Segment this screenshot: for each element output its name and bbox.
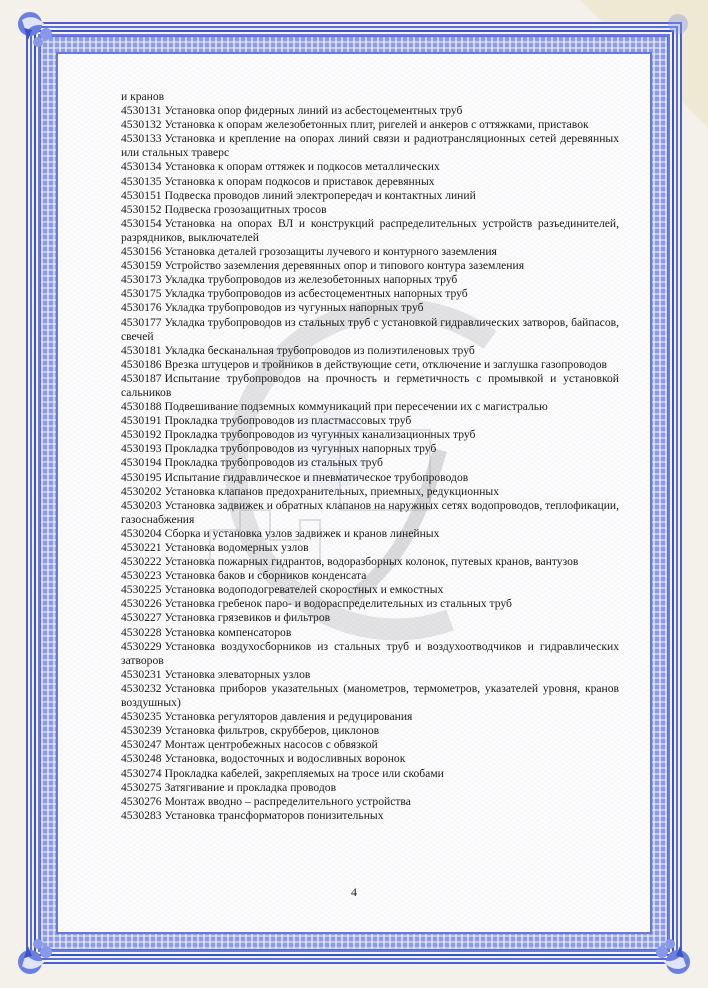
list-item: 4530177Укладка трубопроводов из стальных…: [121, 316, 619, 344]
activity-description: Подвешивание подземных коммуникаций при …: [165, 400, 548, 413]
activity-description: Установка водомерных узлов: [165, 541, 309, 554]
list-item: 4530195Испытание гидравлическое и пневма…: [121, 471, 619, 485]
entries-container: 4530131Установка опор фидерных линий из …: [121, 104, 619, 823]
list-item: 4530159Устройство заземления деревянных …: [121, 259, 619, 273]
list-item: 4530226Установка гребенок паро- и водора…: [121, 597, 619, 611]
activity-description: Установка водоподогревателей скоростных …: [165, 583, 444, 596]
list-item: 4530231Установка элеваторных узлов: [121, 668, 619, 682]
list-item: 4530247Монтаж центробежных насосов с обв…: [121, 738, 619, 752]
activity-description: Установка баков и сборников конденсата: [165, 569, 367, 582]
list-item: 4530204Сборка и установка узлов задвижек…: [121, 527, 619, 541]
list-item: 4530187Испытание трубопроводов на прочно…: [121, 372, 619, 400]
list-item: 4530193Прокладка трубопроводов из чугунн…: [121, 442, 619, 456]
activity-code: 4530223: [121, 569, 162, 582]
activity-code: 4530276: [121, 795, 162, 808]
activity-description: Установка регуляторов давления и редуцир…: [165, 710, 413, 723]
activity-description: Монтаж вводно – распределительного устро…: [165, 795, 411, 808]
list-item: 4530154Установка на опорах ВЛ и конструк…: [121, 217, 619, 245]
activity-description: Установка элеваторных узлов: [165, 668, 311, 681]
activity-code: 4530231: [121, 668, 162, 681]
list-item: 4530274Прокладка кабелей, закрепляемых н…: [121, 767, 619, 781]
activity-description: Установка грязевиков и фильтров: [165, 611, 331, 624]
activity-description: Затягивание и прокладка проводов: [165, 781, 336, 794]
activity-code: 4530222: [121, 555, 162, 568]
activity-code: 4530225: [121, 583, 162, 596]
activity-description: Прокладка кабелей, закрепляемых на тросе…: [165, 767, 444, 780]
activity-code: 4530156: [121, 245, 162, 258]
corner-ornament-icon: [650, 10, 692, 52]
activity-code: 4530152: [121, 203, 162, 216]
activity-description: Прокладка трубопроводов из стальных труб: [165, 456, 383, 469]
activity-description: Монтаж центробежных насосов с обвязкой: [165, 738, 378, 751]
activity-description: Установка клапанов предохранительных, пр…: [165, 485, 499, 498]
activity-code: 4530188: [121, 400, 162, 413]
activity-description: Установка гребенок паро- и водораспредел…: [165, 597, 512, 610]
activity-code: 4530248: [121, 752, 162, 765]
list-item: 4530192Прокладка трубопроводов из чугунн…: [121, 428, 619, 442]
activity-code: 4530221: [121, 541, 162, 554]
list-item: 4530191Прокладка трубопроводов из пластм…: [121, 414, 619, 428]
list-item: 4530181Укладка бесканальная трубопроводо…: [121, 344, 619, 358]
activity-code: 4530203: [121, 499, 162, 512]
list-item: 4530152Подвеска грозозащитных тросов: [121, 203, 619, 217]
list-item: 4530202Установка клапанов предохранитель…: [121, 485, 619, 499]
activity-description: Установка и крепление на опорах линий св…: [121, 132, 619, 159]
page-number: 4: [0, 885, 708, 900]
activity-code: 4530275: [121, 781, 162, 794]
list-item: 4530276Монтаж вводно – распределительног…: [121, 795, 619, 809]
activity-description: Прокладка трубопроводов из чугунных напо…: [165, 442, 437, 455]
list-item: 4530227Установка грязевиков и фильтров: [121, 611, 619, 625]
list-item: 4530228Установка компенсаторов: [121, 626, 619, 640]
list-item: 4530221Установка водомерных узлов: [121, 541, 619, 555]
activity-description: Установка фильтров, скрубберов, циклонов: [165, 724, 380, 737]
list-item: 4530151Подвеска проводов линий электропе…: [121, 189, 619, 203]
activity-code: 4530133: [121, 132, 162, 145]
list-item: 4530203Установка задвижек и обратных кла…: [121, 499, 619, 527]
list-item: 4530173Укладка трубопроводов из железобе…: [121, 273, 619, 287]
list-item: 4530229Установка воздухосборников из ста…: [121, 640, 619, 668]
activity-code: 4530132: [121, 118, 162, 131]
activity-description: Подвеска грозозащитных тросов: [165, 203, 327, 216]
activity-code: 4530154: [121, 217, 162, 230]
activity-code: 4530134: [121, 160, 162, 173]
activity-code: 4530175: [121, 287, 162, 300]
list-item: 4530176Укладка трубопроводов из чугунных…: [121, 301, 619, 315]
list-item: 4530156Установка деталей грозозащиты луч…: [121, 245, 619, 259]
activity-code: 4530181: [121, 344, 162, 357]
list-item: 4530232Установка приборов указательных (…: [121, 682, 619, 710]
activity-code: 4530226: [121, 597, 162, 610]
corner-ornament-icon: [16, 934, 58, 976]
list-item: 4530188Подвешивание подземных коммуникац…: [121, 400, 619, 414]
activity-description: Установка, водосточных и водосливных вор…: [165, 752, 406, 765]
activity-code: 4530193: [121, 442, 162, 455]
activity-code: 4530131: [121, 104, 162, 117]
activity-code: 4530274: [121, 767, 162, 780]
list-item: 4530239Установка фильтров, скрубберов, ц…: [121, 724, 619, 738]
activity-description: Установка на опорах ВЛ и конструкций рас…: [121, 217, 619, 244]
activity-description: Укладка бесканальная трубопроводов из по…: [165, 344, 475, 357]
activity-code: 4530159: [121, 259, 162, 272]
activity-description: Укладка трубопроводов из асбестоцементны…: [165, 287, 468, 300]
activity-code: 4530186: [121, 358, 162, 371]
activity-description: Установка задвижек и обратных клапанов н…: [121, 499, 619, 526]
activity-code: 4530228: [121, 626, 162, 639]
list-item: 4530194Прокладка трубопроводов из стальн…: [121, 456, 619, 470]
list-item: 4530275Затягивание и прокладка проводов: [121, 781, 619, 795]
activity-code: 4530177: [121, 316, 162, 329]
activity-description: Установка опор фидерных линий из асбесто…: [165, 104, 463, 117]
activity-code: 4530191: [121, 414, 162, 427]
activity-description: Прокладка трубопроводов из чугунных кана…: [165, 428, 476, 441]
activity-description: Сборка и установка узлов задвижек и кран…: [165, 527, 440, 540]
activity-code: 4530187: [121, 372, 162, 385]
activity-description: Прокладка трубопроводов из пластмассовых…: [165, 414, 412, 427]
activity-description: Установка к опорам оттяжек и подкосов ме…: [165, 160, 440, 173]
list-item: 4530186Врезка штуцеров и тройников в дей…: [121, 358, 619, 372]
activity-code: 4530204: [121, 527, 162, 540]
activity-description: Установка воздухосборников из стальных т…: [121, 640, 619, 667]
list-item: 4530223Установка баков и сборников конде…: [121, 569, 619, 583]
list-item: 4530225Установка водоподогревателей скор…: [121, 583, 619, 597]
list-item: 4530132Установка к опорам железобетонных…: [121, 118, 619, 132]
activity-code: 4530283: [121, 809, 162, 822]
list-item: 4530135Установка к опорам подкосов и при…: [121, 175, 619, 189]
list-item: 4530175Укладка трубопроводов из асбестоц…: [121, 287, 619, 301]
activity-code: 4530173: [121, 273, 162, 286]
activity-code: 4530135: [121, 175, 162, 188]
activity-description: Установка к опорам железобетонных плит, …: [165, 118, 589, 131]
list-item: 4530131Установка опор фидерных линий из …: [121, 104, 619, 118]
activity-description: Установка пожарных гидрантов, водоразбор…: [165, 555, 579, 568]
activity-code: 4530202: [121, 485, 162, 498]
activity-code-list: и кранов 4530131Установка опор фидерных …: [121, 90, 619, 823]
list-item: 4530222Установка пожарных гидрантов, вод…: [121, 555, 619, 569]
activity-code: 4530247: [121, 738, 162, 751]
activity-description: Установка трансформаторов понизительных: [165, 809, 384, 822]
activity-code: 4530235: [121, 710, 162, 723]
activity-description: Испытание трубопроводов на прочность и г…: [121, 372, 619, 399]
activity-description: Подвеска проводов линий электропередач и…: [165, 189, 476, 202]
activity-code: 4530194: [121, 456, 162, 469]
continuation-text: и кранов: [121, 90, 619, 104]
activity-code: 4530151: [121, 189, 162, 202]
list-item: 4530235Установка регуляторов давления и …: [121, 710, 619, 724]
activity-description: Установка к опорам подкосов и приставок …: [165, 175, 435, 188]
activity-description: Укладка трубопроводов из чугунных напорн…: [165, 301, 424, 314]
activity-code: 4530232: [121, 682, 162, 695]
activity-description: Установка деталей грозозащиты лучевого и…: [165, 245, 497, 258]
activity-code: 4530229: [121, 640, 162, 653]
activity-code: 4530192: [121, 428, 162, 441]
activity-description: Установка компенсаторов: [165, 626, 292, 639]
activity-code: 4530195: [121, 471, 162, 484]
list-item: 4530283Установка трансформаторов понизит…: [121, 809, 619, 823]
corner-ornament-icon: [650, 934, 692, 976]
activity-description: Укладка трубопроводов из стальных труб с…: [121, 316, 619, 343]
activity-description: Устройство заземления деревянных опор и …: [165, 259, 524, 272]
activity-description: Укладка трубопроводов из железобетонных …: [165, 273, 458, 286]
activity-code: 4530239: [121, 724, 162, 737]
activity-description: Установка приборов указательных (маномет…: [121, 682, 619, 709]
activity-code: 4530227: [121, 611, 162, 624]
corner-ornament-icon: [16, 10, 58, 52]
list-item: 4530248Установка, водосточных и водослив…: [121, 752, 619, 766]
activity-code: 4530176: [121, 301, 162, 314]
list-item: 4530134Установка к опорам оттяжек и подк…: [121, 160, 619, 174]
activity-description: Врезка штуцеров и тройников в действующи…: [165, 358, 607, 371]
list-item: 4530133Установка и крепление на опорах л…: [121, 132, 619, 160]
activity-description: Испытание гидравлическое и пневматическо…: [165, 471, 469, 484]
